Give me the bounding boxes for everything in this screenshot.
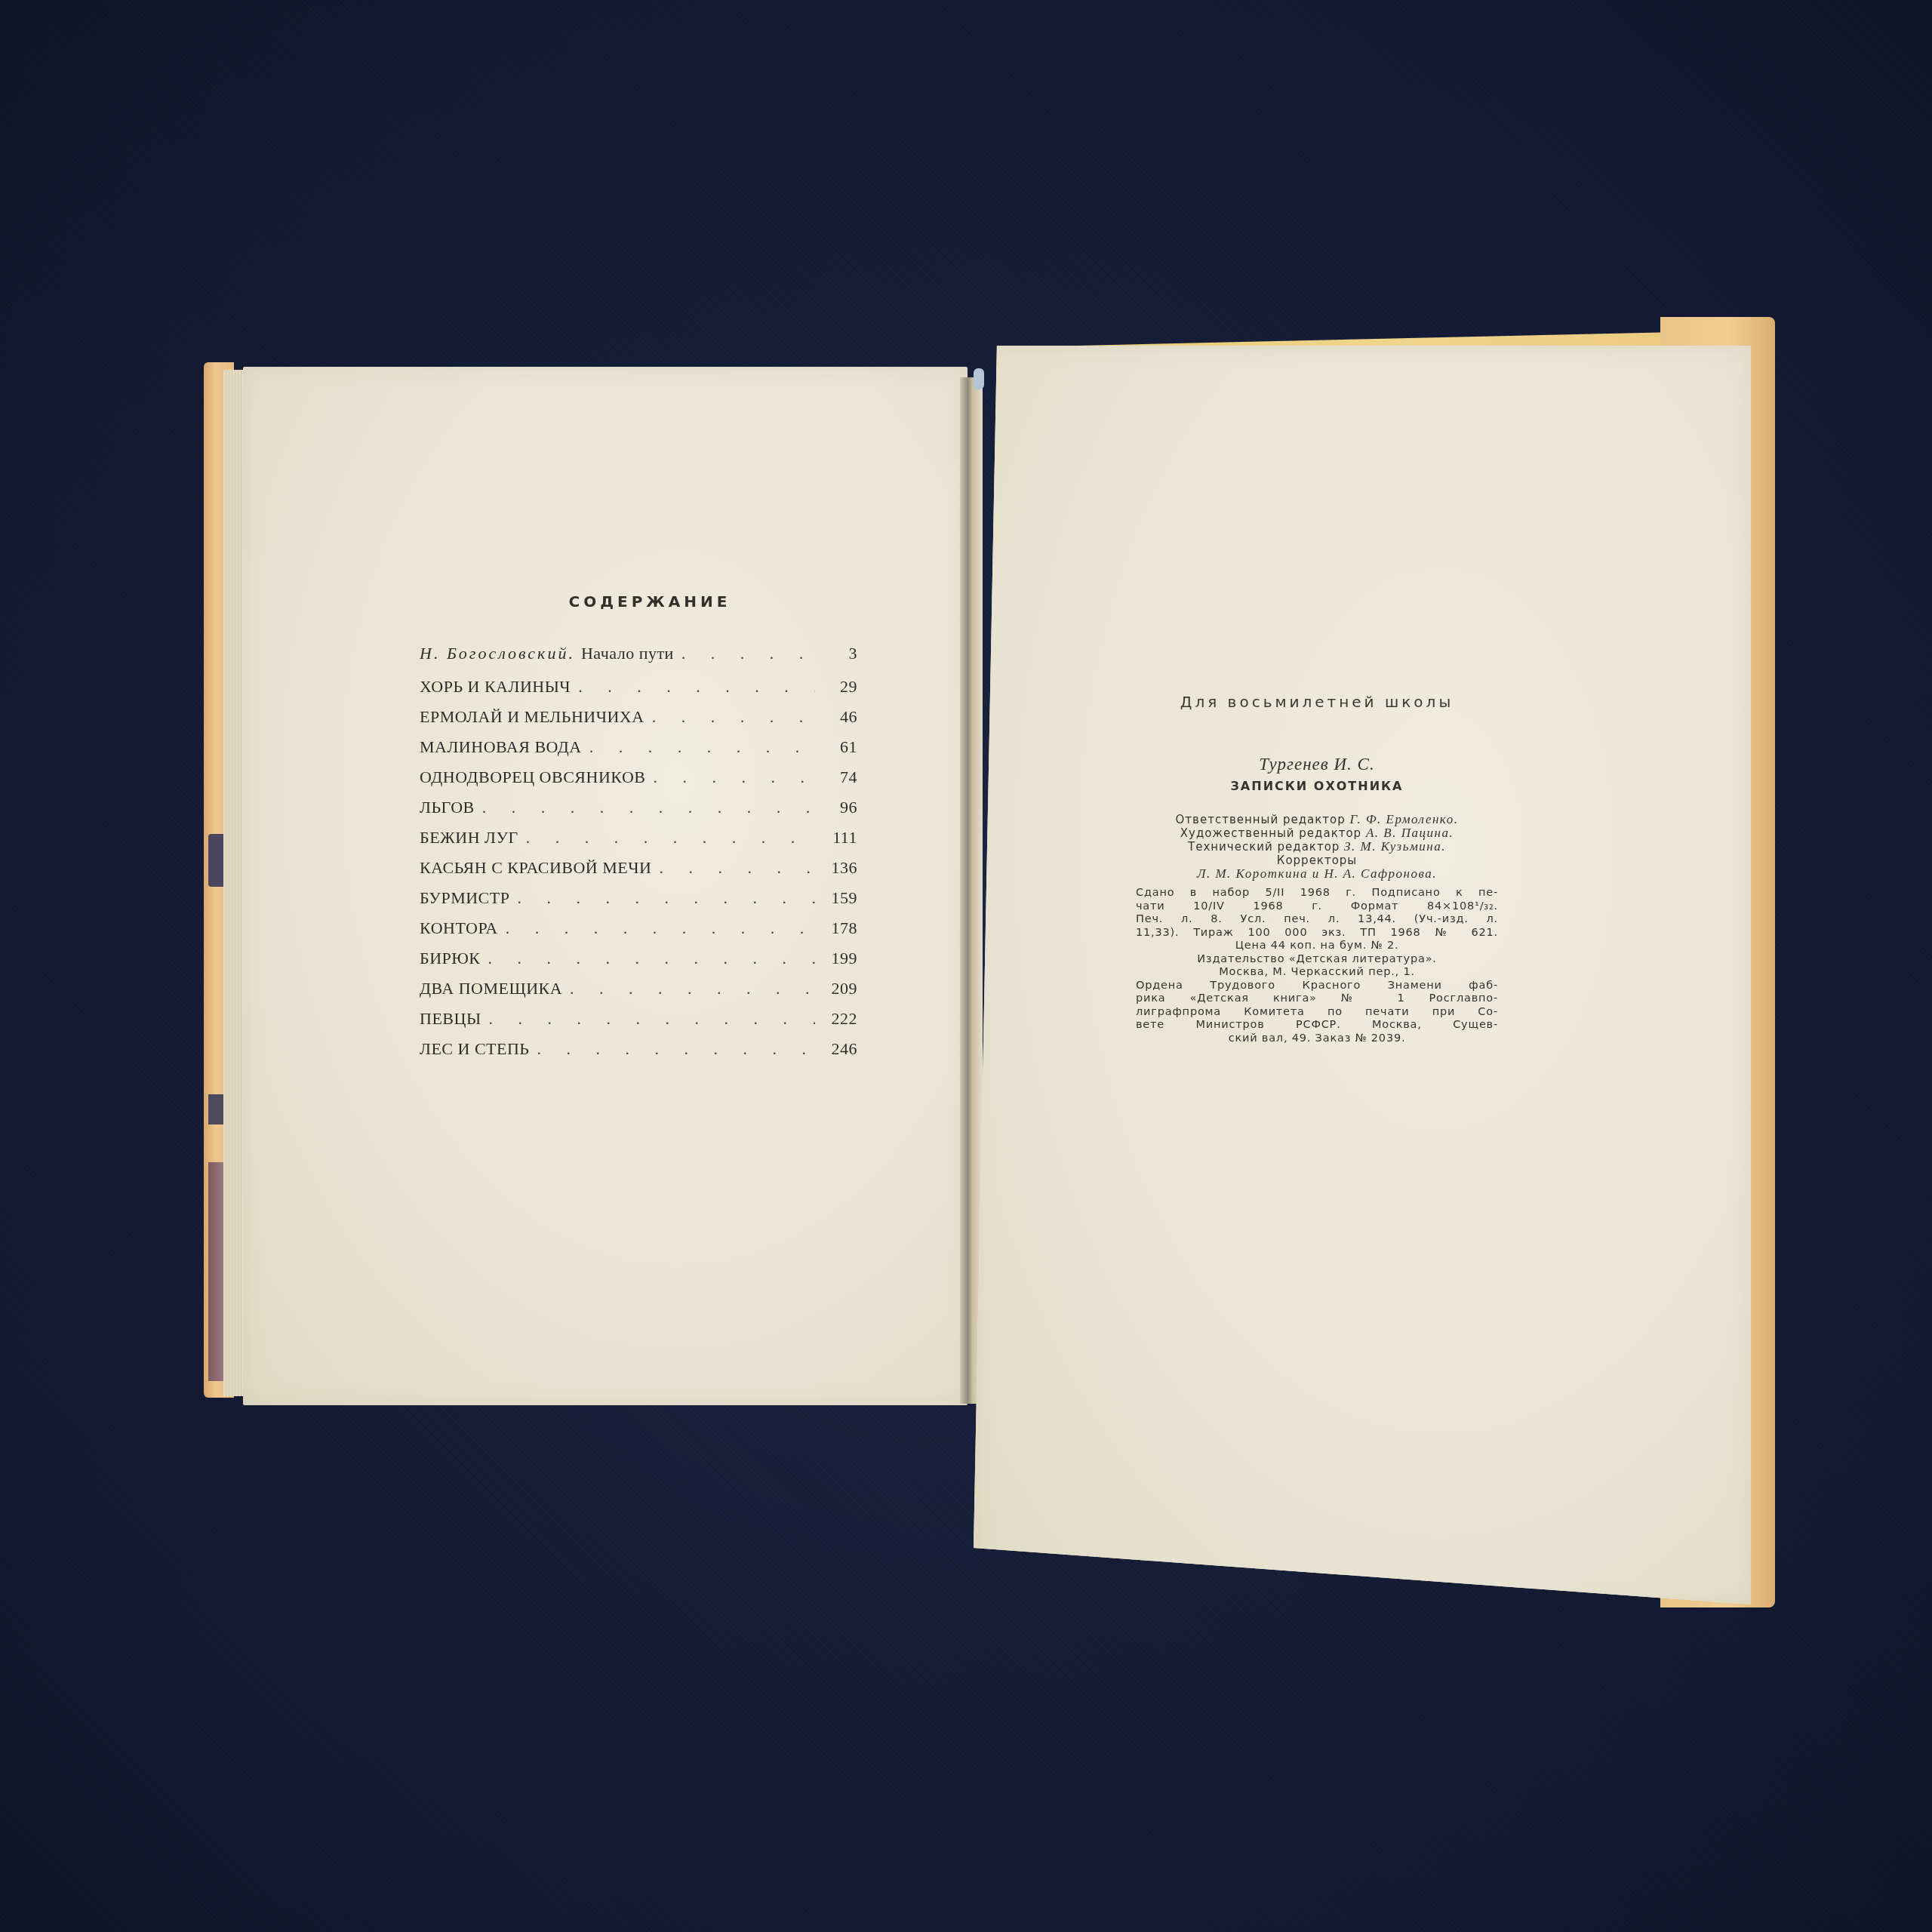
toc-entry: ОДНОДВОРЕЦ ОВСЯНИКОВ 74 [420,768,857,798]
toc-entry: БУРМИСТР 159 [420,888,857,918]
toc-entry-label: МАЛИНОВАЯ ВОДА [420,737,582,757]
printer-line: рика «Детская книга» № 1 Росглавпо- [1136,992,1498,1006]
credit-role: Ответственный редактор [1176,813,1346,826]
toc-entry-label: ЛЬГОВ [420,798,475,817]
credit-line: Технический редактор З. М. Кузьмина. [1136,840,1498,854]
toc-entry: БЕЖИН ЛУГ 111 [420,828,857,858]
toc-entry-label: ДВА ПОМЕЩИКА [420,979,562,998]
toc-entry-page: 96 [823,798,857,817]
toc-entry-label: БИРЮК [420,949,481,968]
toc-entry: КОНТОРА 178 [420,918,857,949]
toc-leader-dots [506,918,815,938]
toc-leader-dots [653,768,815,787]
toc-entry-page: 3 [823,644,857,663]
book-title: ЗАПИСКИ ОХОТНИКА [1136,779,1498,793]
publisher-line: Издательство «Детская литература». [1136,953,1498,967]
toc-entry-label: Начало пути [581,644,674,663]
toc-entry-label: ОДНОДВОРЕЦ ОВСЯНИКОВ [420,768,645,787]
credit-role: Технический редактор [1188,840,1340,854]
toc-leader-dots [489,1009,815,1029]
pub-line: чати 10/IV 1968 г. Формат 84×108¹/₃₂. [1136,900,1498,914]
toc-entry: ЛЕС И СТЕПЬ 246 [420,1039,857,1069]
printer-line: лиграфпрома Комитета по печати при Со- [1136,1006,1498,1020]
book-author: Тургенев И. С. [1136,755,1498,774]
toc-entry-page: 29 [823,677,857,697]
toc-entry-page: 246 [823,1039,857,1059]
toc-entry-page: 222 [823,1009,857,1029]
toc-entry-page: 74 [823,768,857,787]
toc-title: СОДЕРЖАНИЕ [442,592,857,611]
publication-info: Сдано в набор 5/II 1968 г. Подписано к п… [1136,887,1498,1045]
printer-order-line: ский вал, 49. Заказ № 2039. [1136,1032,1498,1046]
printer-line: вете Министров РСФСР. Москва, Сущев- [1136,1019,1498,1032]
correctors-names: Л. М. Короткина и Н. А. Сафронова. [1136,867,1498,881]
publisher-address: Москва, М. Черкасский пер., 1. [1136,966,1498,980]
toc-entry-label: БЕЖИН ЛУГ [420,828,518,848]
toc-entry-label: ПЕВЦЫ [420,1009,481,1029]
correctors-label: Корректоры [1136,854,1498,867]
toc-entry: Н. Богословский.Начало пути 3 [420,644,857,674]
toc-entry-page: 199 [823,949,857,968]
toc-entry-page: 111 [823,828,857,848]
toc-leader-dots [526,828,815,848]
printer-line: Ордена Трудового Красного Знамени фаб- [1136,980,1498,993]
toc-entry-label: КОНТОРА [420,918,498,938]
credits: Ответственный редактор Г. Ф. Ермоленко. … [1136,813,1498,881]
credit-line: Художественный редактор А. В. Пацина. [1136,826,1498,840]
toc-leader-dots [652,707,815,727]
price-line: Цена 44 коп. на бум. № 2. [1136,940,1498,953]
toc-entry-page: 178 [823,918,857,938]
toc-entry: МАЛИНОВАЯ ВОДА 61 [420,737,857,768]
toc-entry-label: ЛЕС И СТЕПЬ [420,1039,530,1059]
toc-leader-dots [578,677,815,697]
toc-entry-page: 46 [823,707,857,727]
credit-name: А. В. Пацина. [1366,826,1454,840]
credit-name: Г. Ф. Ермоленко. [1350,812,1459,826]
toc-entry-page: 136 [823,858,857,878]
toc-entry: ДВА ПОМЕЩИКА 209 [420,979,857,1009]
imprint-block: Для восьмилетней школы Тургенев И. С. ЗА… [1136,693,1498,1045]
toc-leader-dots [482,798,815,817]
toc-entry: ЛЬГОВ 96 [420,798,857,828]
toc-leader-dots [488,949,815,968]
toc-entry: ХОРЬ И КАЛИНЫЧ 29 [420,677,857,707]
book-gutter [960,377,983,1404]
toc-leader-dots [681,644,815,663]
pub-line: 11,33). Тираж 100 000 экз. ТП 1968 № 621… [1136,927,1498,940]
toc-entry-label: БУРМИСТР [420,888,509,908]
toc-leader-dots [537,1039,816,1059]
pub-line: Печ. л. 8. Усл. печ. л. 13,44. (Уч.-изд.… [1136,913,1498,927]
toc-entry-label: ХОРЬ И КАЛИНЫЧ [420,677,571,697]
school-note: Для восьмилетней школы [1136,693,1498,711]
toc-entry-label: ЕРМОЛАЙ И МЕЛЬНИЧИХА [420,707,645,727]
toc-entry: КАСЬЯН С КРАСИВОЙ МЕЧИ 136 [420,858,857,888]
binding-thread [974,368,984,389]
toc-entry: ЕРМОЛАЙ И МЕЛЬНИЧИХА 46 [420,707,857,737]
toc-entry: ПЕВЦЫ 222 [420,1009,857,1039]
toc-leader-dots [570,979,815,998]
toc-entry-page: 159 [823,888,857,908]
toc-entry-author: Н. Богословский. [420,644,575,663]
toc-leader-dots [517,888,815,908]
pub-line: Сдано в набор 5/II 1968 г. Подписано к п… [1136,887,1498,900]
toc-leader-dots [659,858,815,878]
credit-role: Художественный редактор [1180,826,1361,840]
toc-entry-page: 209 [823,979,857,998]
credit-name: З. М. Кузьмина. [1344,839,1446,854]
toc-leader-dots [589,737,815,757]
table-of-contents: СОДЕРЖАНИЕ Н. Богословский.Начало пути 3… [420,592,857,1069]
toc-entry-label: КАСЬЯН С КРАСИВОЙ МЕЧИ [420,858,651,878]
toc-entry: БИРЮК 199 [420,949,857,979]
toc-entry-page: 61 [823,737,857,757]
credit-line: Ответственный редактор Г. Ф. Ермоленко. [1136,813,1498,826]
